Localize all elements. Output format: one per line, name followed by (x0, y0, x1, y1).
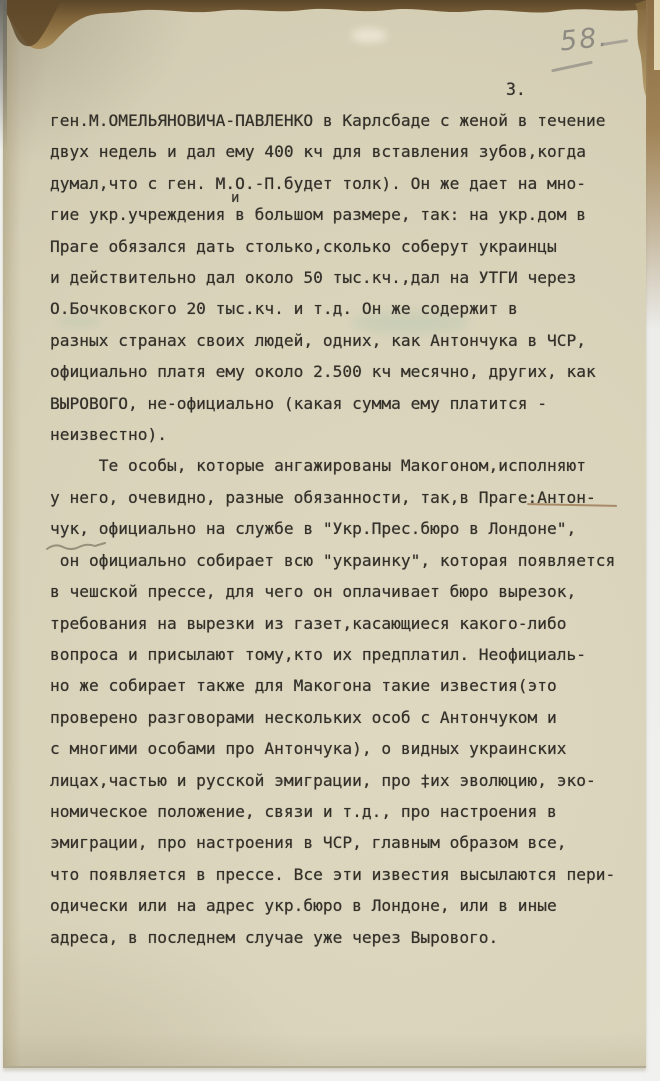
typed-line: но же собирает также для Макогона такие … (50, 670, 636, 701)
typed-line: адреса, в последнем случае уже через Выр… (50, 922, 636, 953)
typed-text-block: ген.М.ОМЕЛЬЯНОВИЧА-ПАВЛЕНКО в Карлсбаде … (50, 105, 636, 953)
typed-line: лицах,частью и русской эмиграции, про ‡и… (50, 765, 636, 796)
typed-line: проверено разговорами нескольких особ с … (50, 702, 636, 733)
document-paper: 3. ген.М.ОМЕЛЬЯНОВИЧА-ПАВЛЕНКО в Карлсба… (3, 0, 646, 1068)
typed-line: думал,что с ген. М.О.-П.будет толк). Он … (50, 168, 636, 199)
typed-line: ВЫРОВОГО, не-официально (какая сумма ему… (50, 388, 636, 419)
typed-line: у него, очевидно, разные обязанности, та… (50, 482, 636, 513)
handwritten-folio-number: 58. (559, 22, 611, 58)
typed-line: Те особы, которые ангажированы Макогоном… (50, 450, 636, 481)
typed-line: эмиграции, про настроения в ЧСР, главным… (50, 827, 636, 858)
typed-page-number: 3. (506, 80, 526, 99)
typed-line: он официально собирает всю "украинку", к… (50, 545, 636, 576)
typed-line: одически или на адрес укр.бюро в Лондоне… (50, 890, 636, 921)
scanned-archive-page: { "page": { "handwritten_folio": "58.", … (0, 0, 660, 1081)
typed-line: неизвестно). (50, 419, 636, 450)
typed-line: ген.М.ОМЕЛЬЯНОВИЧА-ПАВЛЕНКО в Карлсбаде … (50, 105, 636, 136)
typed-line: номическое положение, связи и т.д., про … (50, 796, 636, 827)
typed-line: что появляется в прессе. Все эти извести… (50, 859, 636, 890)
typed-line: официально платя ему около 2.500 кч меся… (50, 356, 636, 387)
typed-line: Праге обязался дать столько,сколько собе… (50, 231, 636, 262)
typed-line: требования на вырезки из газет,касающиес… (50, 608, 636, 639)
typed-line: вопроса и присылают тому,кто их предплат… (50, 639, 636, 670)
typed-insertion-char: и (231, 190, 239, 206)
typed-line: разных странах своих людей, одних, как А… (50, 325, 636, 356)
pencil-squiggle-chuk (45, 541, 107, 553)
typed-line: гие укр.учреждения в большом размере, та… (50, 199, 636, 230)
typed-line: О.Бочковского 20 тыс.кч. и т.д. Он же со… (50, 293, 636, 324)
torn-paper-edge (3, 0, 646, 100)
typed-line: и действительно дал около 50 тыс.кч.,дал… (50, 262, 636, 293)
scan-edge-shadow (0, 0, 7, 150)
typed-line: двух недель и дал ему 400 кч для вставле… (50, 136, 636, 167)
corner-paper-sliver (654, 0, 660, 70)
typed-line: чук, официально на службе в "Укр.Прес.бю… (50, 513, 636, 544)
typed-line: в чешской прессе, для чего он оплачивает… (50, 576, 636, 607)
typed-line: с многими особами про Антончука), о видн… (50, 733, 636, 764)
